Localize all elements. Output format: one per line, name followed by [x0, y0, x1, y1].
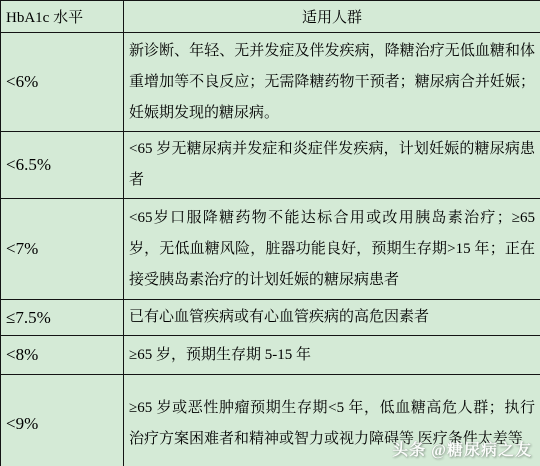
hba1c-level-cell: <9% — [1, 375, 124, 466]
hba1c-level-cell: <6% — [1, 33, 124, 132]
table-body: <6% 新诊断、年轻、无并发症及伴发疾病，降糖治疗无低血糖和体重增加等不良反应；… — [1, 33, 540, 466]
population-cell: ≥65 岁或恶性肿瘤预期生存期<5 年，低血糖高危人群；执行治疗方案困难者和精神… — [124, 375, 540, 466]
header-applicable-population: 适用人群 — [124, 1, 540, 33]
table-header: HbA1c 水平 适用人群 — [1, 1, 540, 33]
table-row: <8% ≥65 岁，预期生存期 5-15 年 — [1, 336, 540, 375]
table-row: <6% 新诊断、年轻、无并发症及伴发疾病，降糖治疗无低血糖和体重增加等不良反应；… — [1, 33, 540, 132]
population-cell: 已有心血管疾病或有心血管疾病的高危因素者 — [124, 300, 540, 336]
table-row: <7% <65岁口服降糖药物不能达标合用或改用胰岛素治疗；≥65岁，无低血糖风险… — [1, 199, 540, 300]
population-cell: 新诊断、年轻、无并发症及伴发疾病，降糖治疗无低血糖和体重增加等不良反应；无需降糖… — [124, 33, 540, 132]
table-row: ≤7.5% 已有心血管疾病或有心血管疾病的高危因素者 — [1, 300, 540, 336]
table-row: <6.5% <65 岁无糖尿病并发症和炎症伴发疾病，计划妊娠的糖尿病患者 — [1, 132, 540, 199]
hba1c-level-cell: <7% — [1, 199, 124, 300]
header-row: HbA1c 水平 适用人群 — [1, 1, 540, 33]
population-cell: ≥65 岁，预期生存期 5-15 年 — [124, 336, 540, 375]
population-cell: <65 岁无糖尿病并发症和炎症伴发疾病，计划妊娠的糖尿病患者 — [124, 132, 540, 199]
page: { "colors": { "background": "#d4ead6", "… — [0, 0, 540, 466]
hba1c-target-table: HbA1c 水平 适用人群 <6% 新诊断、年轻、无并发症及伴发疾病，降糖治疗无… — [0, 0, 540, 466]
population-cell: <65岁口服降糖药物不能达标合用或改用胰岛素治疗；≥65岁，无低血糖风险，脏器功… — [124, 199, 540, 300]
hba1c-level-cell: <8% — [1, 336, 124, 375]
table-row: <9% ≥65 岁或恶性肿瘤预期生存期<5 年，低血糖高危人群；执行治疗方案困难… — [1, 375, 540, 466]
header-hba1c-level: HbA1c 水平 — [1, 1, 124, 33]
hba1c-level-cell: <6.5% — [1, 132, 124, 199]
hba1c-level-cell: ≤7.5% — [1, 300, 124, 336]
